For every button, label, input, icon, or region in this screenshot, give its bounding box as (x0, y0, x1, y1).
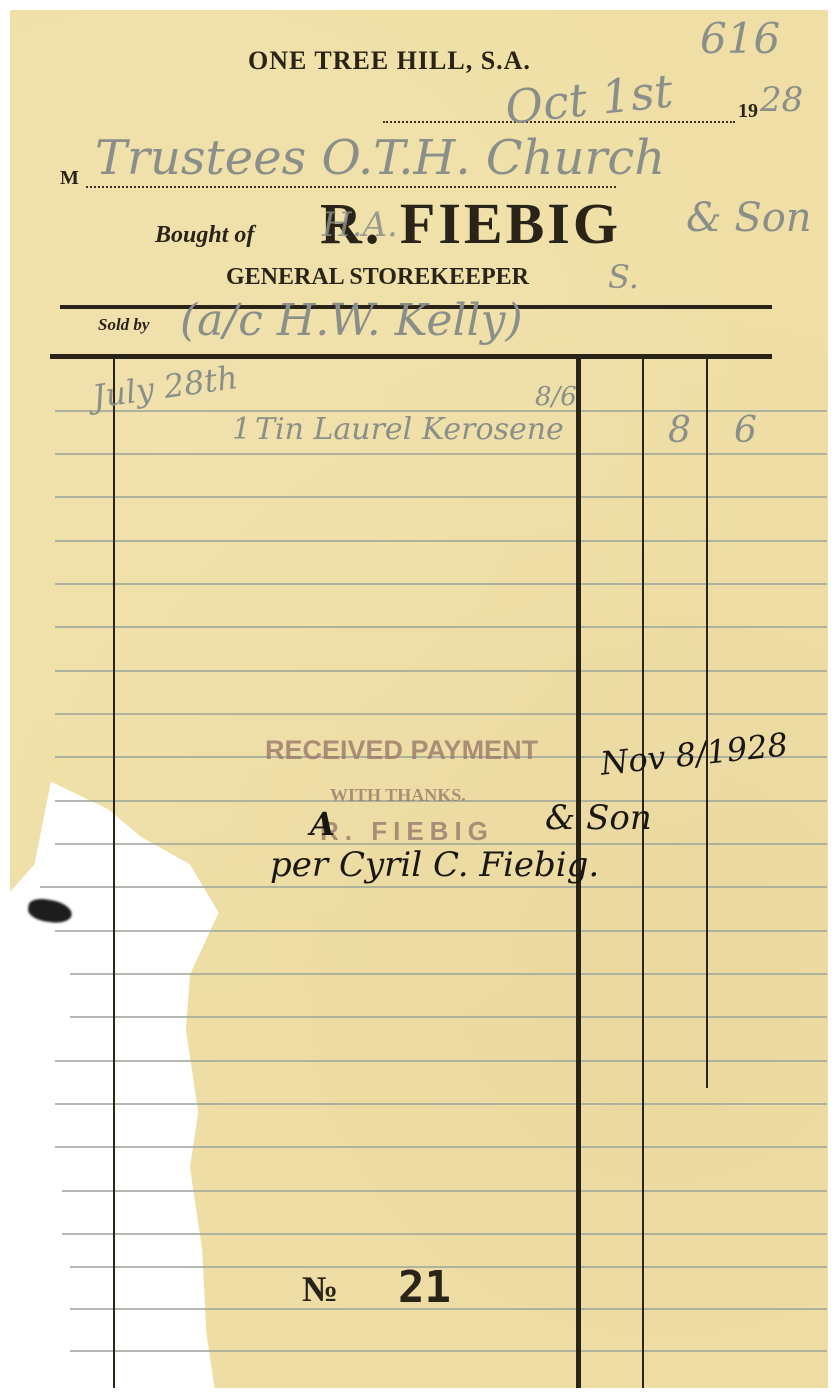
ruled-line (40, 886, 827, 888)
customer-prefix: M (60, 167, 79, 190)
receipt-number-label: № (302, 1268, 338, 1310)
line-item-unit-price: 8/6 (535, 382, 577, 412)
merchant-title: GENERAL STOREKEEPER (226, 264, 529, 291)
ruled-line (55, 540, 827, 542)
ruled-line (70, 1350, 827, 1352)
stamp-merchant-name: R. FIEBIG (320, 816, 494, 847)
pence-column-line (706, 358, 708, 1088)
merchant-amend-plural: S. (608, 258, 639, 296)
payment-signature: per Cyril C. Fiebig. (270, 845, 599, 885)
year-suffix: 28 (760, 80, 803, 120)
ruled-line (62, 1190, 827, 1192)
ruled-line (55, 930, 827, 932)
ruled-line (55, 1146, 827, 1148)
bought-of-label: Bought of (155, 222, 254, 249)
ink-blot (27, 897, 74, 925)
customer-dotted-line (86, 186, 616, 188)
reference-number: 616 (700, 14, 780, 63)
sold-by-label: Sold by (98, 315, 149, 335)
stamp-with-thanks: WITH THANKS. (330, 785, 466, 806)
customer-name: Trustees O.T.H. Church (95, 130, 665, 186)
ruled-line (55, 453, 827, 455)
location-heading: ONE TREE HILL, S.A. (248, 46, 531, 76)
line-item-shillings: 8 (668, 410, 691, 451)
line-item-description: Tin Laurel Kerosene (255, 412, 564, 447)
ruled-line (55, 1103, 827, 1105)
ruled-line (62, 1233, 827, 1235)
sold-by-value: (a/c H.W. Kelly) (180, 295, 523, 346)
line-item-pence: 6 (734, 410, 757, 451)
ruled-line (55, 583, 827, 585)
ruled-line (55, 670, 827, 672)
ruled-line (55, 1060, 827, 1062)
stamp-amend-suffix: & Son (545, 798, 652, 838)
shillings-column-line (642, 358, 644, 1388)
ruled-line (55, 713, 827, 715)
ruled-line (70, 973, 827, 975)
merchant-amend-initial: H.A. (322, 205, 398, 245)
table-top-rule (50, 354, 772, 359)
ruled-line (55, 496, 827, 498)
merchant-amend-suffix: & Son (686, 195, 812, 241)
stamp-amend-initial: A (310, 805, 335, 843)
margin-column-line (113, 358, 115, 1388)
stamp-received-payment: RECEIVED PAYMENT (265, 735, 538, 766)
ruled-line (55, 626, 827, 628)
ruled-line (70, 1016, 827, 1018)
year-prefix: 19 (738, 100, 758, 123)
line-item-quantity: 1 (232, 412, 251, 447)
receipt-number-value: 21 (398, 1262, 451, 1313)
